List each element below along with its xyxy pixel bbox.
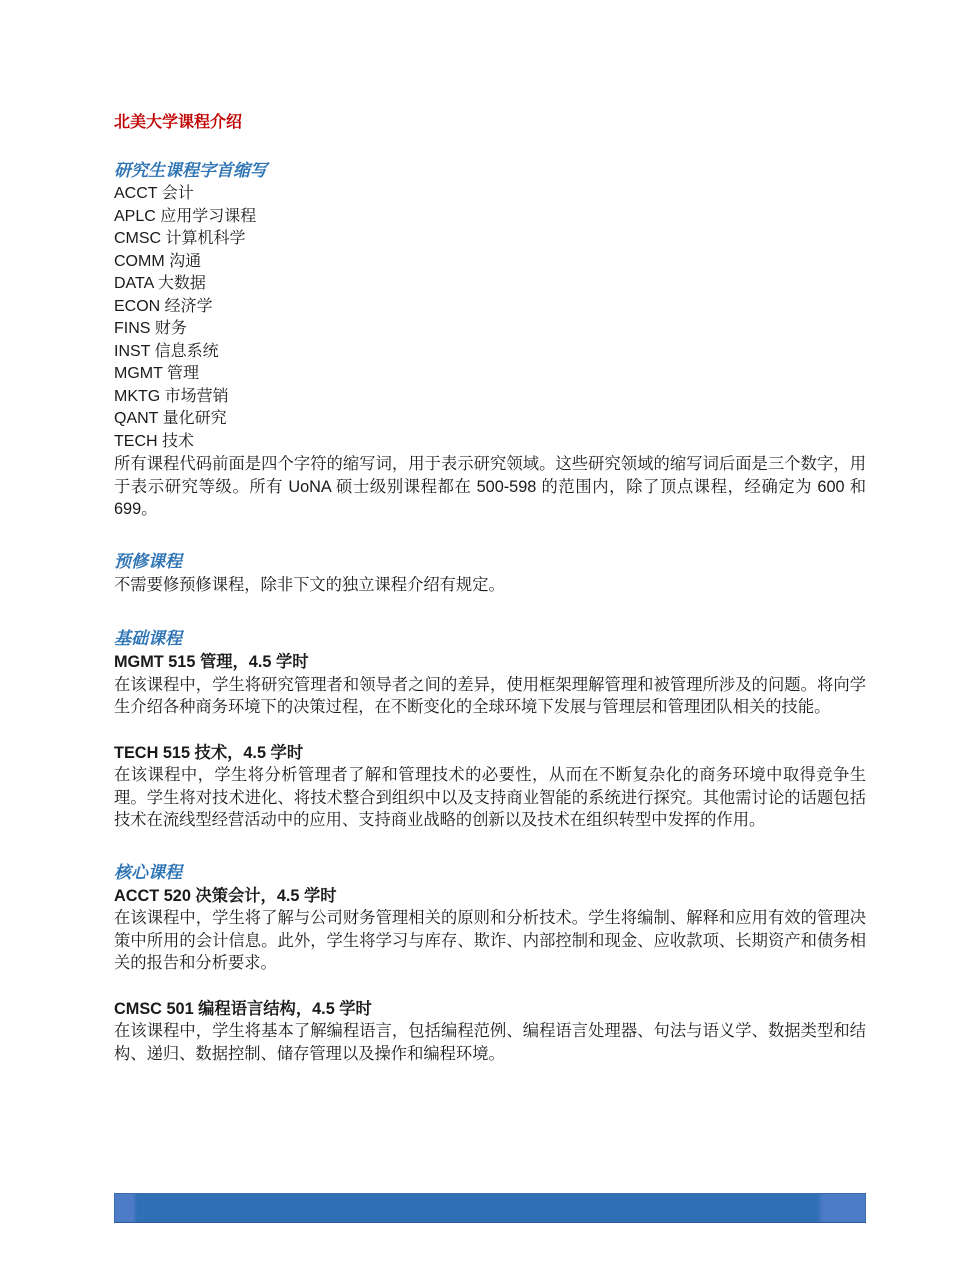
course-description-cmsc-501: 在该课程中，学生将基本了解编程语言，包括编程范例、编程语言处理器、句法与语义学、… <box>114 1020 866 1065</box>
abbreviation-item-aplc: APLC 应用学习课程 <box>114 206 866 229</box>
course-description-mgmt-515: 在该课程中，学生将研究管理者和领导者之间的差异，使用框架理解管理和被管理所涉及的… <box>114 674 866 719</box>
abbreviation-item-tech: TECH 技术 <box>114 431 866 454</box>
abbreviation-item-qant: QANT 量化研究 <box>114 408 866 431</box>
course-acct-520: ACCT 520 决策会计，4.5 学时 在该课程中，学生将了解与公司财务管理相… <box>114 885 866 975</box>
section-heading-prerequisites: 预修课程 <box>114 550 866 574</box>
section-core-courses: 核心课程 ACCT 520 决策会计，4.5 学时 在该课程中，学生将了解与公司… <box>114 861 866 1066</box>
section-heading-core: 核心课程 <box>114 861 866 885</box>
course-title-tech-515: TECH 515 技术，4.5 学时 <box>114 742 866 765</box>
abbreviation-item-mktg: MKTG 市场营销 <box>114 386 866 409</box>
section-heading-foundation: 基础课程 <box>114 627 866 651</box>
abbreviation-item-comm: COMM 沟通 <box>114 251 866 274</box>
abbreviation-item-mgmt: MGMT 管理 <box>114 363 866 386</box>
section-prerequisites: 预修课程 不需要修预修课程，除非下文的独立课程介绍有规定。 <box>114 550 866 597</box>
page-title: 北美大学课程介绍 <box>114 113 866 133</box>
abbreviation-item-cmsc: CMSC 计算机科学 <box>114 228 866 251</box>
prerequisites-body: 不需要修预修课程，除非下文的独立课程介绍有规定。 <box>114 574 866 597</box>
abbreviation-item-acct: ACCT 会计 <box>114 183 866 206</box>
abbreviation-note: 所有课程代码前面是四个字符的缩写词，用于表示研究领域。这些研究领域的缩写词后面是… <box>114 453 866 521</box>
document-page: 北美大学课程介绍 研究生课程字首缩写 ACCT 会计 APLC 应用学习课程 C… <box>114 113 866 1094</box>
course-description-tech-515: 在该课程中，学生将分析管理者了解和管理技术的必要性，从而在不断复杂化的商务环境中… <box>114 764 866 832</box>
course-tech-515: TECH 515 技术，4.5 学时 在该课程中，学生将分析管理者了解和管理技术… <box>114 742 866 832</box>
abbreviation-list: ACCT 会计 APLC 应用学习课程 CMSC 计算机科学 COMM 沟通 D… <box>114 183 866 453</box>
course-title-cmsc-501: CMSC 501 编程语言结构，4.5 学时 <box>114 998 866 1021</box>
course-mgmt-515: MGMT 515 管理，4.5 学时 在该课程中，学生将研究管理者和领导者之间的… <box>114 651 866 719</box>
course-title-acct-520: ACCT 520 决策会计，4.5 学时 <box>114 885 866 908</box>
abbreviation-item-fins: FINS 财务 <box>114 318 866 341</box>
course-description-acct-520: 在该课程中，学生将了解与公司财务管理相关的原则和分析技术。学生将编制、解释和应用… <box>114 907 866 975</box>
footer-decoration-bar <box>114 1193 866 1223</box>
course-cmsc-501: CMSC 501 编程语言结构，4.5 学时 在该课程中，学生将基本了解编程语言… <box>114 998 866 1066</box>
abbreviation-item-inst: INST 信息系统 <box>114 341 866 364</box>
course-title-mgmt-515: MGMT 515 管理，4.5 学时 <box>114 651 866 674</box>
section-foundation-courses: 基础课程 MGMT 515 管理，4.5 学时 在该课程中，学生将研究管理者和领… <box>114 627 866 832</box>
section-heading-abbreviations: 研究生课程字首缩写 <box>114 159 866 183</box>
abbreviation-item-econ: ECON 经济学 <box>114 296 866 319</box>
abbreviation-item-data: DATA 大数据 <box>114 273 866 296</box>
section-abbreviations: 研究生课程字首缩写 ACCT 会计 APLC 应用学习课程 CMSC 计算机科学… <box>114 159 866 521</box>
